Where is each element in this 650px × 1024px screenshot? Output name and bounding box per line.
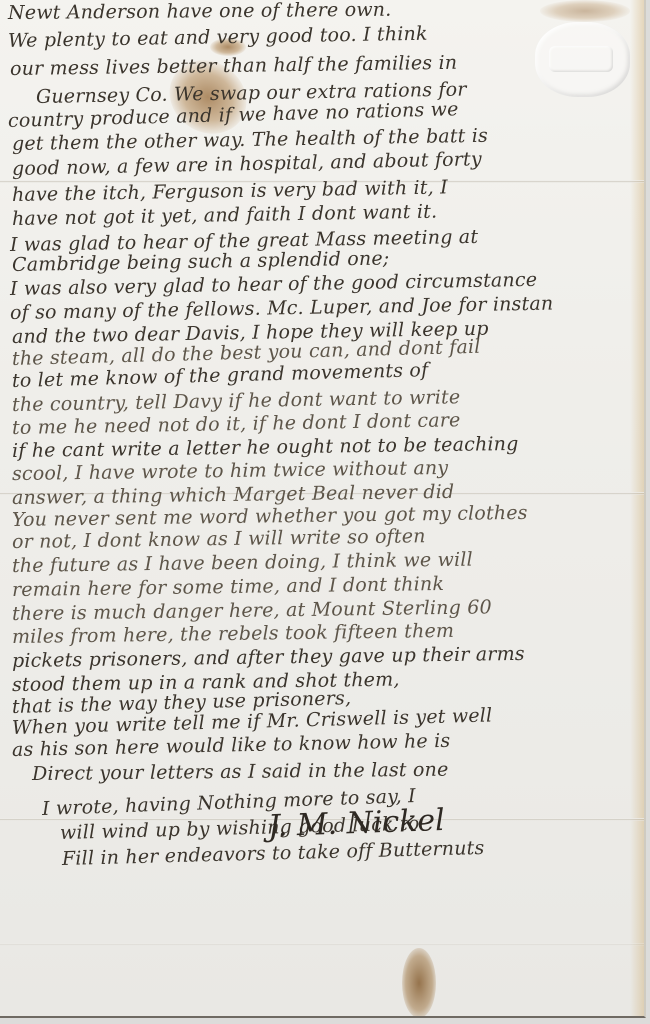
embossed-seal <box>535 22 630 97</box>
letter-line: Direct your letters as I said in the las… <box>32 759 449 785</box>
signature: J. M. Nickel <box>267 803 445 844</box>
letter-line: have not got it yet, and faith I dont wa… <box>12 201 438 230</box>
letter-line: scool, I have wrote to him twice without… <box>12 457 449 485</box>
letter-page: Newt Anderson have one of there own. We … <box>0 0 646 1018</box>
letter-line: or not, I dont know as I will write so o… <box>12 525 426 553</box>
fold-crease-4 <box>0 943 644 946</box>
rust-spot-top-right <box>540 0 630 22</box>
ink-stain-bottom <box>402 948 436 1018</box>
embossed-seal-panel <box>549 46 613 72</box>
letter-line: our mess lives better than half the fami… <box>10 52 458 80</box>
letter-line: Newt Anderson have one of there own. <box>8 0 392 24</box>
edge-discoloration <box>630 0 644 1016</box>
letter-line: pickets prisoners, and after they gave u… <box>12 643 525 672</box>
letter-line: We plenty to eat and very good too. I th… <box>8 23 428 52</box>
letter-line: remain here for some time, and I dont th… <box>12 573 444 601</box>
